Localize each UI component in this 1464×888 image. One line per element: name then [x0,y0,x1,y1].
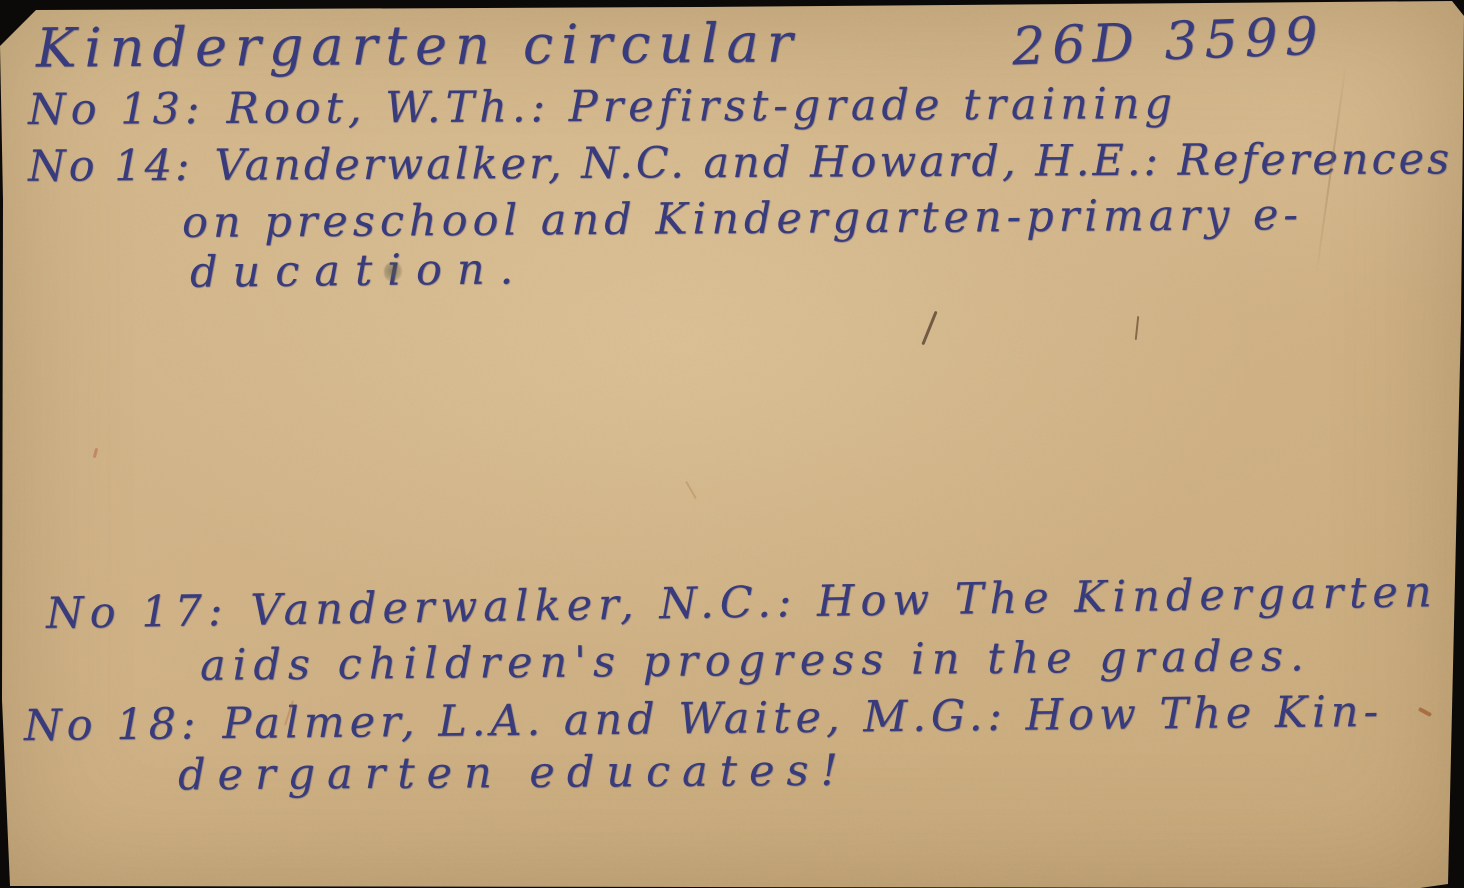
entry-no13-line1: No 13:Root, W.Th.: Prefirst-grade traini… [28,81,1177,134]
entry-no18-line2: dergarten educates! [178,748,850,800]
paper-fiber-mark [685,481,697,499]
entry-no17-line1: No 17:Vanderwalker, N.C.: How The Kinder… [46,569,1438,638]
paper-fiber-mark [93,448,98,458]
entry-no14-line1: No 14:Vanderwalker, N.C. and Howard, H.E… [28,136,1452,191]
index-card: Kindergarten circular 26D 3599 No 13:Roo… [0,0,1464,888]
entry-no14-label: No 14: [28,141,193,192]
card-title: Kindergarten circular [36,13,801,78]
paper-fiber-mark [921,311,937,346]
entry-no14-line3: ducation. [190,246,529,297]
entry-no13-label: No 13: [28,84,205,135]
paper-fiber-mark [1135,316,1139,340]
entry-no17-line2: aids children's progress in the grades. [200,633,1311,690]
entry-no18-line1: No 18:Palmer, L.A. and Waite, M.G.: How … [24,689,1383,751]
paper-fiber-mark [1418,707,1432,717]
entry-no17-text-line1: Vanderwalker, N.C.: How The Kindergarten [250,567,1438,636]
entry-no13-text: Root, W.Th.: Prefirst-grade training [226,79,1177,134]
entry-no18-text-line1: Palmer, L.A. and Waite, M.G.: How The Ki… [222,687,1383,749]
entry-no17-label: No 17: [46,586,229,639]
photo-background: Kindergarten circular 26D 3599 No 13:Roo… [0,0,1464,888]
entry-no14-text-line1: Vanderwalker, N.C. and Howard, H.E.: Ref… [214,134,1452,190]
call-number: 26D 3599 [1011,9,1326,77]
entry-no14-line2: on preschool and Kindergarten-primary e- [182,192,1303,247]
entry-no18-label: No 18: [24,699,201,751]
